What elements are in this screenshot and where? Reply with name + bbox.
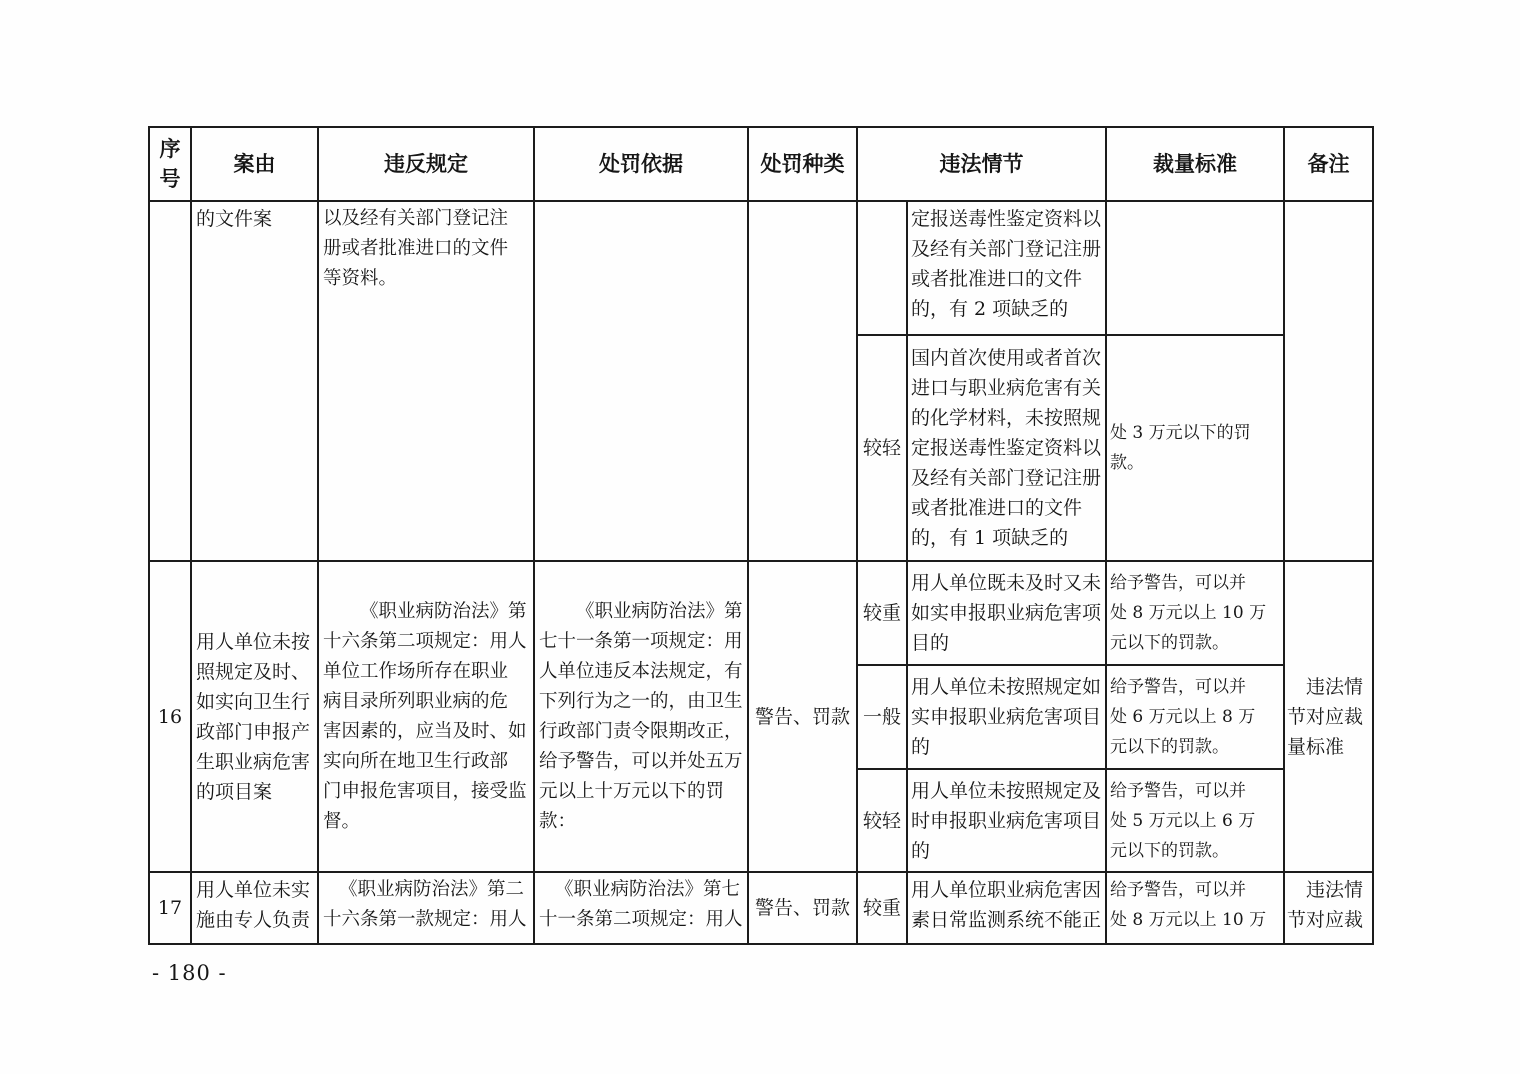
cell-violation-circumstance: 国内首次使用或者首次 进口与职业病危害有关 的化学材料，未按照规 定报送毒性鉴定… <box>907 335 1106 561</box>
cell-serial-number <box>149 201 191 561</box>
page-number: - 180 - <box>152 961 227 985</box>
cell-violation-circumstance: 用人单位未按照规定及 时申报职业病危害项目 的 <box>907 769 1106 872</box>
document-page: 序 号 案由 违反规定 处罚依据 处罚种类 违法情节 裁量标准 备注 的文件案 … <box>0 0 1520 1074</box>
header-violation-circumstance: 违法情节 <box>857 127 1106 201</box>
header-remarks: 备注 <box>1284 127 1373 201</box>
header-violated-provision: 违反规定 <box>318 127 534 201</box>
cell-severity-grade: 一般 <box>857 665 907 769</box>
cell-case-name: 的文件案 <box>191 201 318 561</box>
cell-violated-provision: 《职业病防治法》第二 十六条第一款规定：用人 <box>318 872 534 944</box>
cell-discretion-standard: 给予警告，可以并 处 6 万元以上 8 万 元以下的罚款。 <box>1106 665 1284 769</box>
header-case-name: 案由 <box>191 127 318 201</box>
cell-severity-grade: 较轻 <box>857 335 907 561</box>
header-discretion-standard: 裁量标准 <box>1106 127 1284 201</box>
cell-discretion-standard <box>1106 201 1284 335</box>
cell-remarks: 违法情 节对应裁 量标准 <box>1284 561 1373 872</box>
cell-severity-grade <box>857 201 907 335</box>
cell-serial-number: 17 <box>149 872 191 944</box>
cell-severity-grade: 较轻 <box>857 769 907 872</box>
table-header-row: 序 号 案由 违反规定 处罚依据 处罚种类 违法情节 裁量标准 备注 <box>149 127 1373 201</box>
cell-penalty-type: 警告、罚款 <box>748 561 857 872</box>
cell-penalty-basis <box>534 201 748 561</box>
cell-violation-circumstance: 定报送毒性鉴定资料以 及经有关部门登记注册 或者批准进口的文件 的，有 2 项缺… <box>907 201 1106 335</box>
cell-violation-circumstance: 用人单位职业病危害因 素日常监测系统不能正 <box>907 872 1106 944</box>
cell-violated-provision: 《职业病防治法》第 十六条第二项规定：用人 单位工作场所存在职业 病目录所列职业… <box>318 561 534 872</box>
cell-severity-grade: 较重 <box>857 561 907 665</box>
cell-remarks <box>1284 201 1373 561</box>
cell-remarks: 违法情 节对应裁 <box>1284 872 1373 944</box>
cell-penalty-basis: 《职业病防治法》第七 十一条第二项规定：用人 <box>534 872 748 944</box>
cell-discretion-standard: 给予警告，可以并 处 8 万元以上 10 万 元以下的罚款。 <box>1106 561 1284 665</box>
header-serial-number: 序 号 <box>149 127 191 201</box>
cell-discretion-standard: 给予警告，可以并 处 5 万元以上 6 万 元以下的罚款。 <box>1106 769 1284 872</box>
table-row-15-continued: 的文件案 以及经有关部门登记注 册或者批准进口的文件 等资料。 定报送毒性鉴定资… <box>149 201 1373 335</box>
table-row-17: 17 用人单位未实 施由专人负责 《职业病防治法》第二 十六条第一款规定：用人 … <box>149 872 1373 944</box>
cell-violated-provision: 以及经有关部门登记注 册或者批准进口的文件 等资料。 <box>318 201 534 561</box>
cell-penalty-basis: 《职业病防治法》第 七十一条第一项规定：用 人单位违反本法规定，有 下列行为之一… <box>534 561 748 872</box>
table-row-16: 16 用人单位未按 照规定及时、 如实向卫生行 政部门申报产 生职业病危害 的项… <box>149 561 1373 665</box>
cell-penalty-type <box>748 201 857 561</box>
cell-discretion-standard: 处 3 万元以下的罚 款。 <box>1106 335 1284 561</box>
cell-case-name: 用人单位未按 照规定及时、 如实向卫生行 政部门申报产 生职业病危害 的项目案 <box>191 561 318 872</box>
cell-penalty-type: 警告、罚款 <box>748 872 857 944</box>
cell-serial-number: 16 <box>149 561 191 872</box>
header-penalty-type: 处罚种类 <box>748 127 857 201</box>
cell-violation-circumstance: 用人单位未按照规定如 实申报职业病危害项目 的 <box>907 665 1106 769</box>
header-penalty-basis: 处罚依据 <box>534 127 748 201</box>
cell-case-name: 用人单位未实 施由专人负责 <box>191 872 318 944</box>
penalty-discretion-table: 序 号 案由 违反规定 处罚依据 处罚种类 违法情节 裁量标准 备注 的文件案 … <box>148 126 1374 945</box>
cell-violation-circumstance: 用人单位既未及时又未 如实申报职业病危害项 目的 <box>907 561 1106 665</box>
cell-discretion-standard: 给予警告，可以并 处 8 万元以上 10 万 <box>1106 872 1284 944</box>
cell-severity-grade: 较重 <box>857 872 907 944</box>
